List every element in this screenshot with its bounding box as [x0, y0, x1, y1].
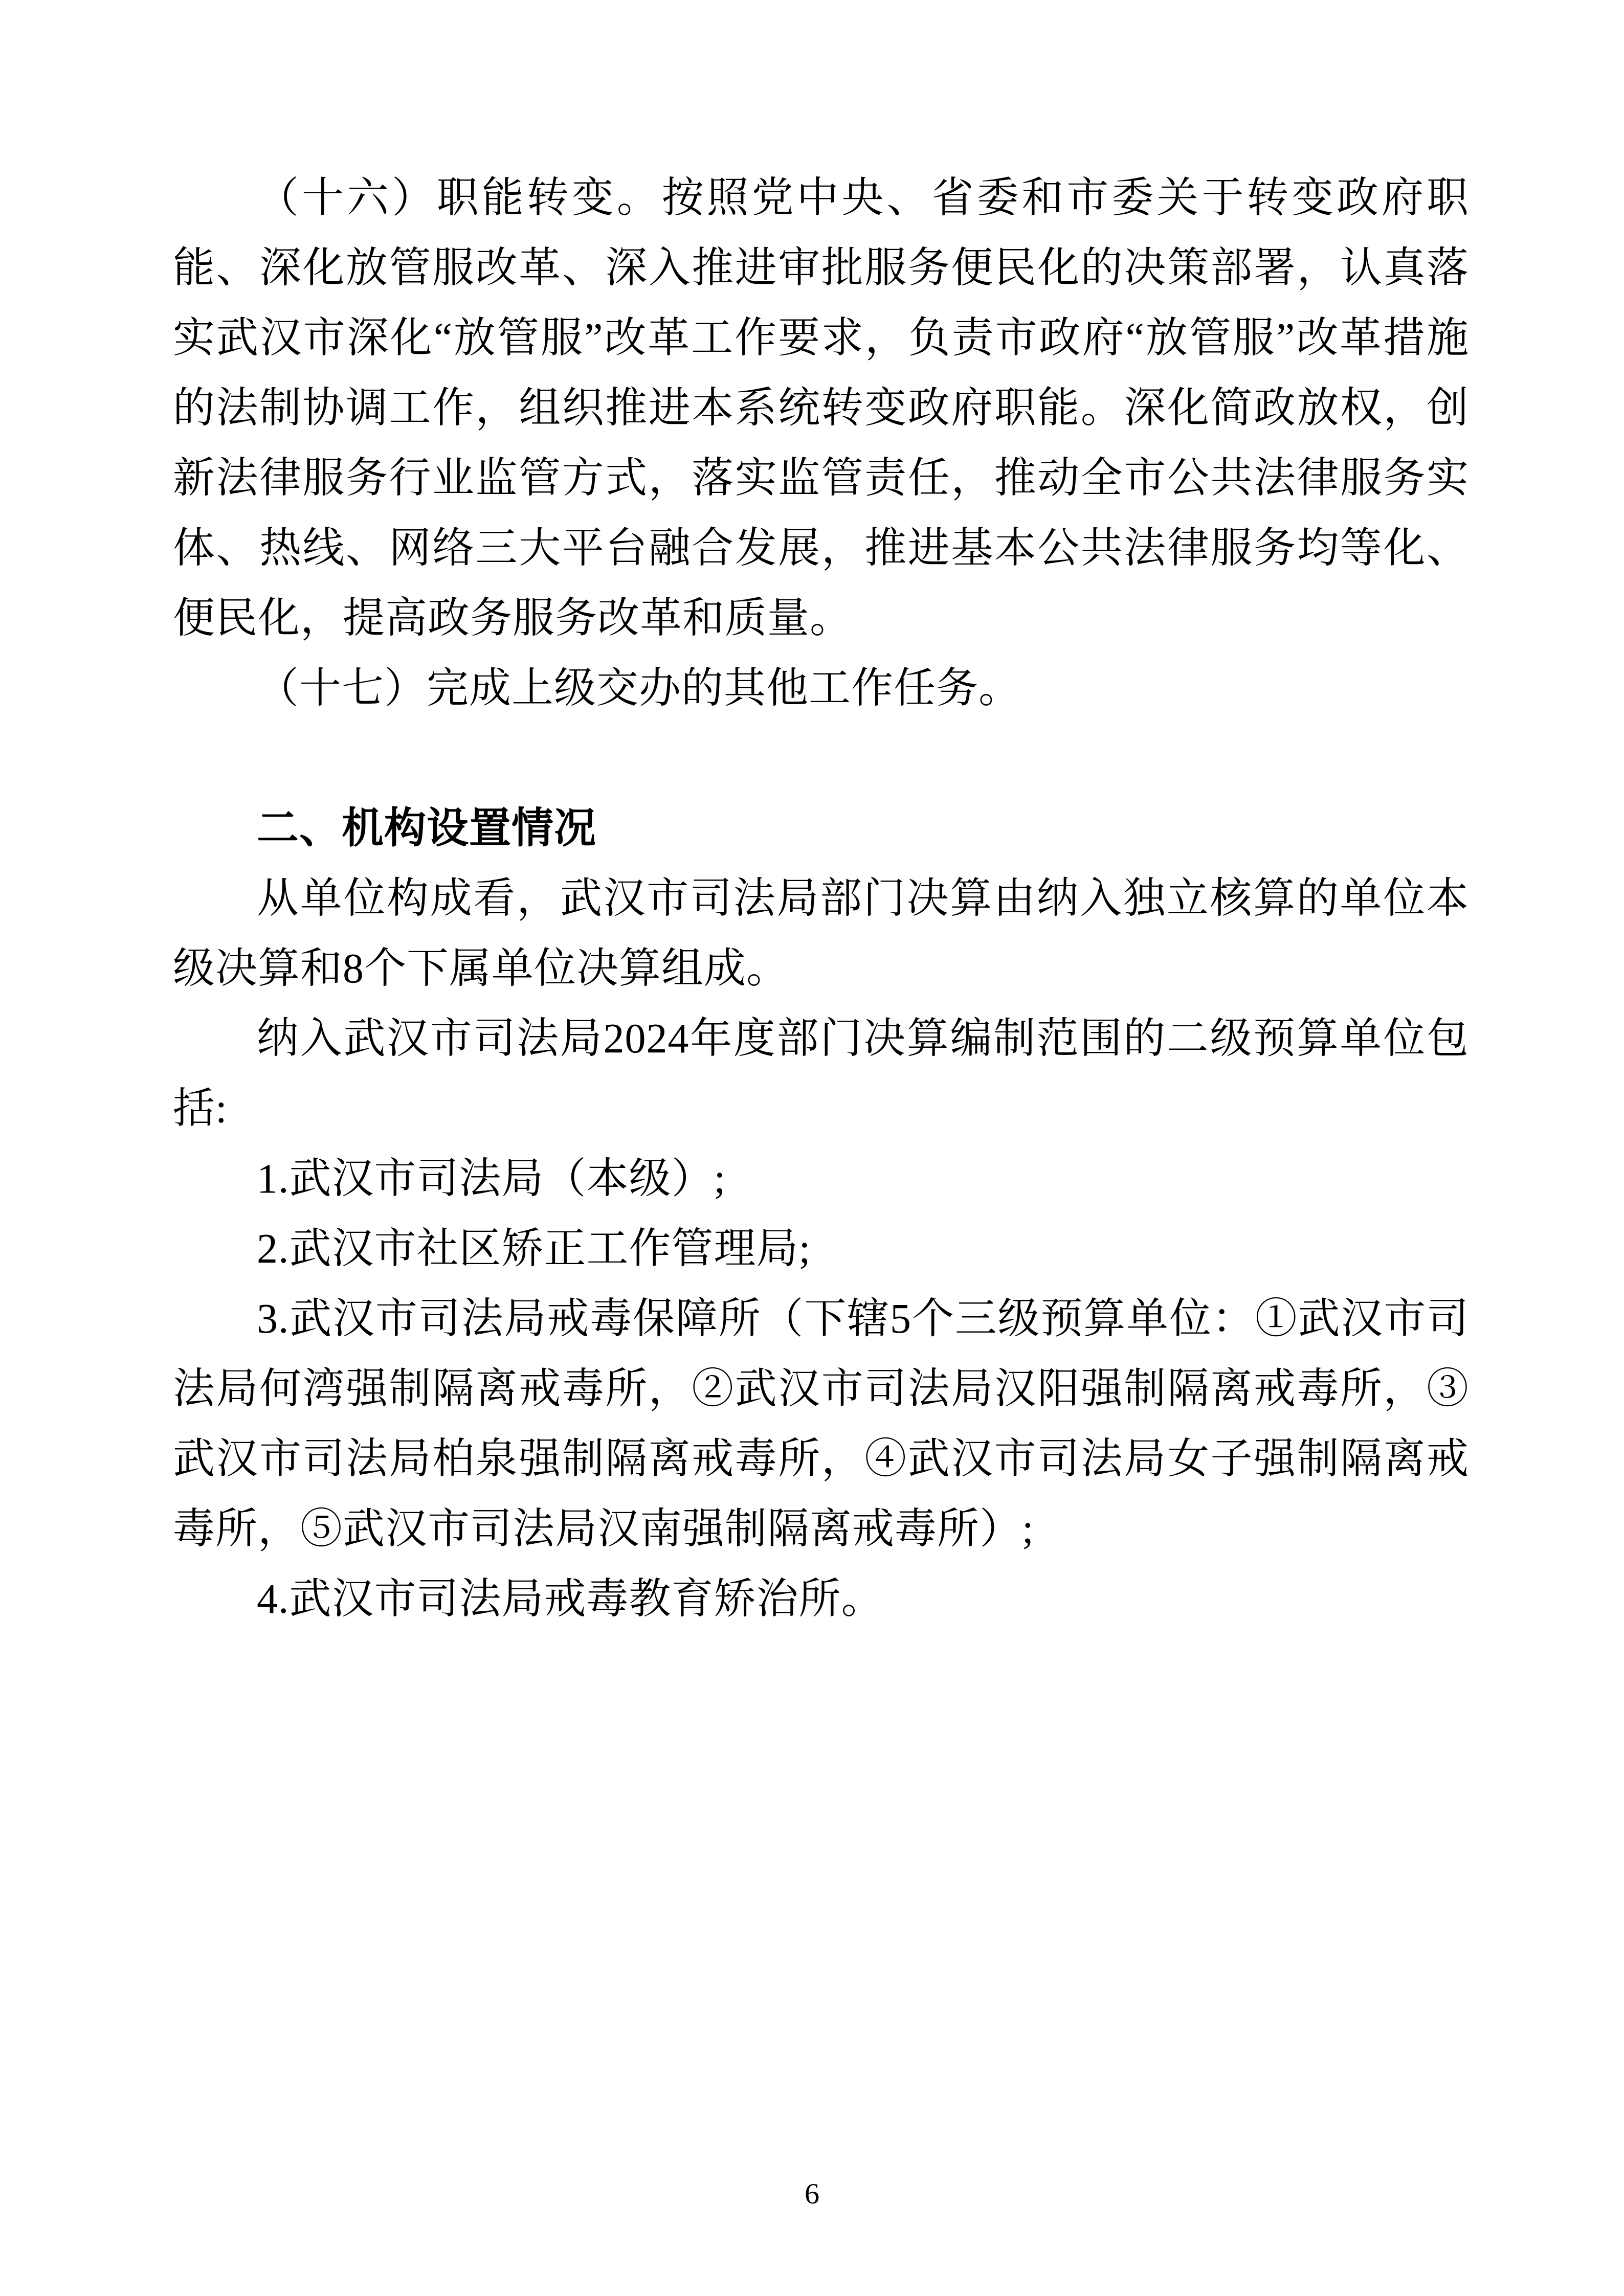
document-body: （十六）职能转变。按照党中央、省委和市委关于转变政府职能、深化放管服改革、深入推…	[173, 163, 1469, 1634]
document-page: （十六）职能转变。按照党中央、省委和市委关于转变政府职能、深化放管服改革、深入推…	[0, 0, 1624, 2296]
paragraph-org-scope: 纳入武汉市司法局2024年度部门决算编制范围的二级预算单位包括:	[173, 1003, 1469, 1143]
list-item-unit-1: 1.武汉市司法局（本级）;	[173, 1143, 1469, 1213]
section-heading-org-setup: 二、机构设置情况	[173, 793, 1469, 863]
paragraph-duty-17: （十七）完成上级交办的其他工作任务。	[173, 653, 1469, 723]
list-item-unit-3: 3.武汉市司法局戒毒保障所（下辖5个三级预算单位：①武汉市司法局何湾强制隔离戒毒…	[173, 1284, 1469, 1564]
page-number: 6	[0, 2173, 1624, 2214]
list-item-unit-2: 2.武汉市社区矫正工作管理局;	[173, 1213, 1469, 1284]
paragraph-org-overview: 从单位构成看，武汉市司法局部门决算由纳入独立核算的单位本级决算和8个下属单位决算…	[173, 863, 1469, 1003]
paragraph-duty-16: （十六）职能转变。按照党中央、省委和市委关于转变政府职能、深化放管服改革、深入推…	[173, 163, 1469, 653]
blank-line-spacer	[173, 723, 1469, 793]
list-item-unit-4: 4.武汉市司法局戒毒教育矫治所。	[173, 1564, 1469, 1634]
